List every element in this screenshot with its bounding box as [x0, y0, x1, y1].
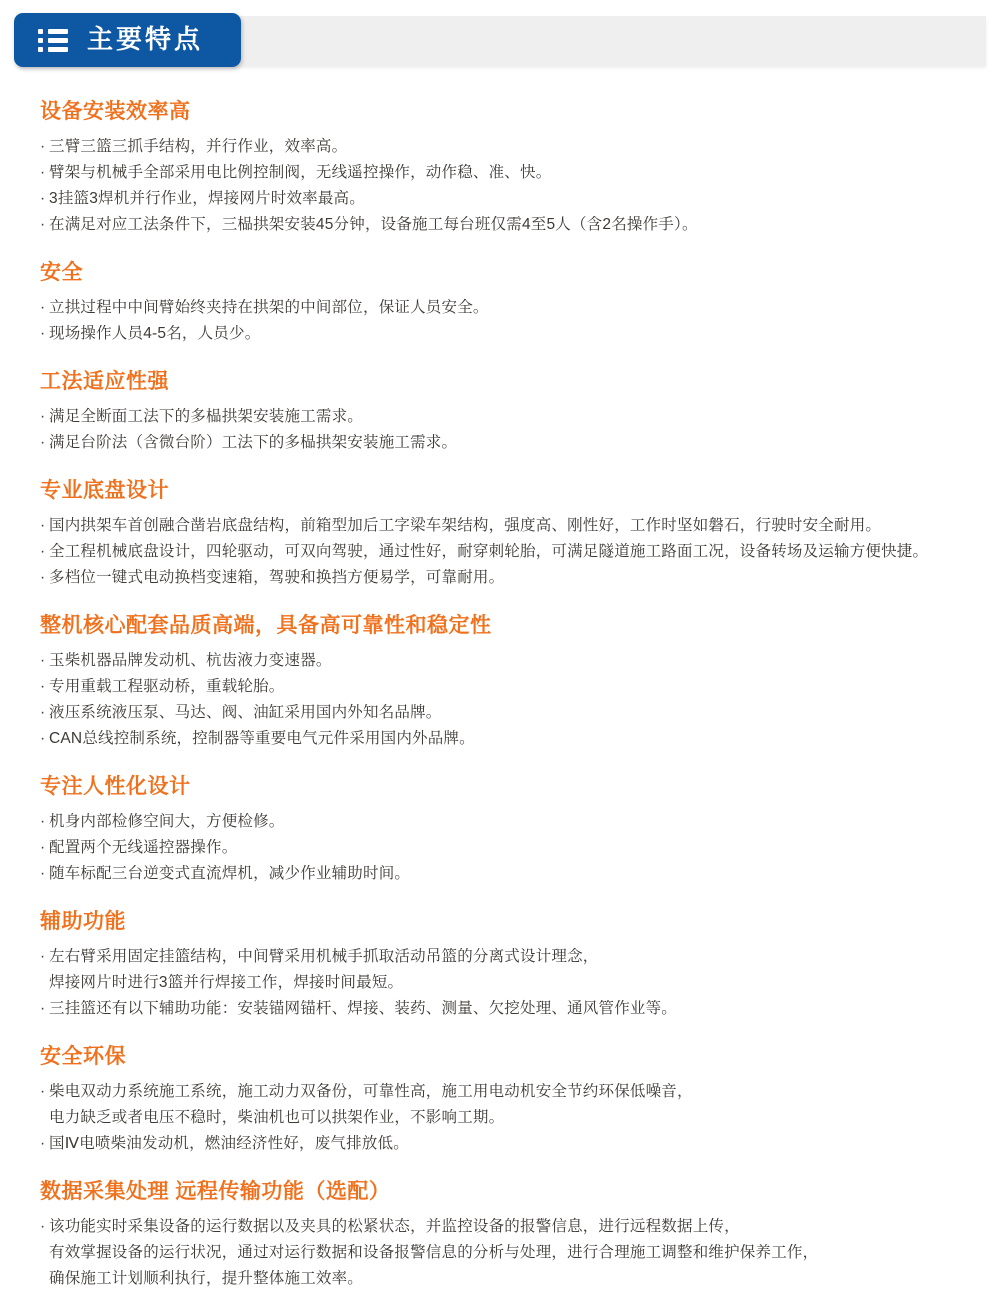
bullet-text: 该功能实时采集设备的运行数据以及夹具的松紧状态，并监控设备的报警信息，进行远程数… [49, 1218, 740, 1235]
feature-bullets: ·立拱过程中中间臂始终夹持在拱架的中间部位，保证人员安全。·现场操作人员4-5名… [40, 295, 960, 347]
bullet-item: ·柴电双动力系统施工系统，施工动力双备份，可靠性高，施工用电动机安全节约环保低噪… [40, 1079, 960, 1131]
feature-heading: 专业底盘设计 [40, 480, 960, 502]
bullet-dot-icon: · [40, 809, 49, 835]
bullet-text: 有效掌握设备的运行状况，通过对运行数据和设备报警信息的分析与处理，进行合理施工调… [49, 1244, 818, 1261]
feature-section: 专业底盘设计·国内拱架车首创融合凿岩底盘结构，前箱型加后工字梁车架结构，强度高、… [40, 480, 960, 591]
bullet-text: 3挂篮3焊机并行作业，焊接网片时效率最高。 [49, 190, 365, 207]
bullet-line: ·三挂篮还有以下辅助功能：安装锚网锚杆、焊接、装药、测量、欠挖处理、通风管作业等… [40, 996, 960, 1022]
bullet-line: ·3挂篮3焊机并行作业，焊接网片时效率最高。 [40, 186, 960, 212]
bullet-dot-icon: · [40, 513, 49, 539]
bullet-dot-icon: · [40, 404, 49, 430]
bullet-line: ·机身内部检修空间大，方便检修。 [40, 809, 960, 835]
list-icon-row [38, 47, 68, 52]
bullet-text: 多档位一键式电动换档变速箱，驾驶和换挡方便易学，可靠耐用。 [49, 569, 504, 586]
bullet-dot-icon: · [40, 539, 49, 565]
bullet-line: ·左右臂采用固定挂篮结构，中间臂采用机械手抓取活动吊篮的分离式设计理念， [40, 944, 960, 970]
bullet-item: ·三臂三篮三抓手结构，并行作业，效率高。 [40, 134, 960, 160]
feature-section: 工法适应性强·满足全断面工法下的多榀拱架安装施工需求。·满足台阶法（含微台阶）工… [40, 371, 960, 456]
bullet-item: ·立拱过程中中间臂始终夹持在拱架的中间部位，保证人员安全。 [40, 295, 960, 321]
bullet-line: ·柴电双动力系统施工系统，施工动力双备份，可靠性高，施工用电动机安全节约环保低噪… [40, 1079, 960, 1105]
section-header-tab: 主要特点 [14, 13, 241, 67]
bullet-dot-icon: · [40, 835, 49, 861]
feature-heading: 安全 [40, 262, 960, 284]
bullet-item: ·该功能实时采集设备的运行数据以及夹具的松紧状态，并监控设备的报警信息，进行远程… [40, 1214, 960, 1292]
bullet-dot-icon: · [40, 212, 49, 238]
bullet-dot-icon: · [40, 160, 49, 186]
feature-heading: 整机核心配套品质高端，具备高可靠性和稳定性 [40, 615, 960, 637]
bullet-text: 左右臂采用固定挂篮结构，中间臂采用机械手抓取活动吊篮的分离式设计理念， [49, 948, 599, 965]
features-list: 设备安装效率高·三臂三篮三抓手结构，并行作业，效率高。·臂架与机械手全部采用电比… [0, 101, 1000, 1292]
bullet-line: ·全工程机械底盘设计，四轮驱动，可双向驾驶，通过性好，耐穿刺轮胎，可满足隧道施工… [40, 539, 960, 565]
bullet-item: ·3挂篮3焊机并行作业，焊接网片时效率最高。 [40, 186, 960, 212]
bullet-dot-icon: · [40, 134, 49, 160]
feature-bullets: ·机身内部检修空间大，方便检修。·配置两个无线遥控器操作。·随车标配三台逆变式直… [40, 809, 960, 887]
bullet-line: ·满足全断面工法下的多榀拱架安装施工需求。 [40, 404, 960, 430]
feature-bullets: ·玉柴机器品牌发动机、杭齿液力变速器。·专用重载工程驱动桥，重载轮胎。·液压系统… [40, 648, 960, 752]
bullet-item: ·液压系统液压泵、马达、阀、油缸采用国内外知名品牌。 [40, 700, 960, 726]
bullet-dot-icon: · [40, 861, 49, 887]
bullet-dot-icon: · [40, 648, 49, 674]
bullet-text: 液压系统液压泵、马达、阀、油缸采用国内外知名品牌。 [49, 704, 442, 721]
bullet-line: ·玉柴机器品牌发动机、杭齿液力变速器。 [40, 648, 960, 674]
bullet-item: ·现场操作人员4-5名，人员少。 [40, 321, 960, 347]
bullet-dot-icon: · [40, 295, 49, 321]
bullet-line: ·在满足对应工法条件下，三榀拱架安装45分钟，设备施工每台班仅需4至5人（含2名… [40, 212, 960, 238]
bullet-dot-icon: · [40, 674, 49, 700]
feature-bullets: ·该功能实时采集设备的运行数据以及夹具的松紧状态，并监控设备的报警信息，进行远程… [40, 1214, 960, 1292]
bullet-text: 全工程机械底盘设计，四轮驱动，可双向驾驶，通过性好，耐穿刺轮胎，可满足隧道施工路… [49, 543, 928, 560]
bullet-line: ·立拱过程中中间臂始终夹持在拱架的中间部位，保证人员安全。 [40, 295, 960, 321]
bullet-line: ·臂架与机械手全部采用电比例控制阀，无线遥控操作，动作稳、准、快。 [40, 160, 960, 186]
feature-heading: 专注人性化设计 [40, 776, 960, 798]
list-icon-row [38, 29, 68, 34]
bullet-item: ·在满足对应工法条件下，三榀拱架安装45分钟，设备施工每台班仅需4至5人（含2名… [40, 212, 960, 238]
bullet-line: 电力缺乏或者电压不稳时，柴油机也可以拱架作业，不影响工期。 [40, 1105, 960, 1131]
bullet-item: ·满足全断面工法下的多榀拱架安装施工需求。 [40, 404, 960, 430]
bullet-item: ·CAN总线控制系统，控制器等重要电气元件采用国内外品牌。 [40, 726, 960, 752]
bullet-line: ·满足台阶法（含微台阶）工法下的多榀拱架安装施工需求。 [40, 430, 960, 456]
bullet-text: 三挂篮还有以下辅助功能：安装锚网锚杆、焊接、装药、测量、欠挖处理、通风管作业等。 [49, 1000, 677, 1017]
bullet-dot-icon: · [40, 944, 49, 970]
bullet-item: ·左右臂采用固定挂篮结构，中间臂采用机械手抓取活动吊篮的分离式设计理念，焊接网片… [40, 944, 960, 996]
bullet-dot-icon: · [40, 1131, 49, 1157]
bullet-text: 满足台阶法（含微台阶）工法下的多榀拱架安装施工需求。 [49, 434, 457, 451]
feature-heading: 设备安装效率高 [40, 101, 960, 123]
bullet-item: ·专用重载工程驱动桥，重载轮胎。 [40, 674, 960, 700]
bullet-text: 配置两个无线遥控器操作。 [49, 839, 237, 856]
bullet-text: 玉柴机器品牌发动机、杭齿液力变速器。 [49, 652, 332, 669]
bullet-line: ·配置两个无线遥控器操作。 [40, 835, 960, 861]
feature-section: 安全·立拱过程中中间臂始终夹持在拱架的中间部位，保证人员安全。·现场操作人员4-… [40, 262, 960, 347]
bullet-line: ·现场操作人员4-5名，人员少。 [40, 321, 960, 347]
bullet-item: ·臂架与机械手全部采用电比例控制阀，无线遥控操作，动作稳、准、快。 [40, 160, 960, 186]
feature-bullets: ·满足全断面工法下的多榀拱架安装施工需求。·满足台阶法（含微台阶）工法下的多榀拱… [40, 404, 960, 456]
feature-section: 设备安装效率高·三臂三篮三抓手结构，并行作业，效率高。·臂架与机械手全部采用电比… [40, 101, 960, 238]
feature-heading: 安全环保 [40, 1046, 960, 1068]
feature-section: 专注人性化设计·机身内部检修空间大，方便检修。·配置两个无线遥控器操作。·随车标… [40, 776, 960, 887]
bullet-line: ·国Ⅳ电喷柴油发动机，燃油经济性好，废气排放低。 [40, 1131, 960, 1157]
bullet-item: ·配置两个无线遥控器操作。 [40, 835, 960, 861]
bullet-text: 确保施工计划顺利执行，提升整体施工效率。 [49, 1270, 363, 1287]
bullet-dot-icon: · [40, 996, 49, 1022]
bullet-line: 焊接网片时进行3篮并行焊接工作，焊接时间最短。 [40, 970, 960, 996]
bullet-text: 臂架与机械手全部采用电比例控制阀，无线遥控操作，动作稳、准、快。 [49, 164, 551, 181]
bullet-text: 满足全断面工法下的多榀拱架安装施工需求。 [49, 408, 363, 425]
bullet-text: 焊接网片时进行3篮并行焊接工作，焊接时间最短。 [49, 974, 403, 991]
bullet-item: ·多档位一键式电动换档变速箱，驾驶和换挡方便易学，可靠耐用。 [40, 565, 960, 591]
bullet-dot-icon: · [40, 700, 49, 726]
bullet-item: ·玉柴机器品牌发动机、杭齿液力变速器。 [40, 648, 960, 674]
bullet-item: ·随车标配三台逆变式直流焊机，减少作业辅助时间。 [40, 861, 960, 887]
feature-heading: 数据采集处理 远程传输功能（选配） [40, 1181, 960, 1203]
bullet-dot-icon: · [40, 565, 49, 591]
bullet-text: 机身内部检修空间大，方便检修。 [49, 813, 285, 830]
bullet-text: 随车标配三台逆变式直流焊机，减少作业辅助时间。 [49, 865, 410, 882]
page-title: 主要特点 [87, 26, 203, 54]
bullet-text: 国Ⅳ电喷柴油发动机，燃油经济性好，废气排放低。 [49, 1135, 409, 1152]
bullet-dot-icon: · [40, 1214, 49, 1240]
bullet-line: ·CAN总线控制系统，控制器等重要电气元件采用国内外品牌。 [40, 726, 960, 752]
bullet-dot-icon: · [40, 1079, 49, 1105]
bullet-item: ·机身内部检修空间大，方便检修。 [40, 809, 960, 835]
bullet-line: ·随车标配三台逆变式直流焊机，减少作业辅助时间。 [40, 861, 960, 887]
bullet-text: 国内拱架车首创融合凿岩底盘结构，前箱型加后工字梁车架结构，强度高、刚性好，工作时… [49, 517, 881, 534]
feature-heading: 工法适应性强 [40, 371, 960, 393]
feature-bullets: ·左右臂采用固定挂篮结构，中间臂采用机械手抓取活动吊篮的分离式设计理念，焊接网片… [40, 944, 960, 1022]
feature-section: 安全环保·柴电双动力系统施工系统，施工动力双备份，可靠性高，施工用电动机安全节约… [40, 1046, 960, 1157]
list-icon [38, 29, 68, 52]
feature-bullets: ·国内拱架车首创融合凿岩底盘结构，前箱型加后工字梁车架结构，强度高、刚性好，工作… [40, 513, 960, 591]
feature-bullets: ·三臂三篮三抓手结构，并行作业，效率高。·臂架与机械手全部采用电比例控制阀，无线… [40, 134, 960, 238]
bullet-text: CAN总线控制系统，控制器等重要电气元件采用国内外品牌。 [49, 730, 475, 747]
feature-heading: 辅助功能 [40, 911, 960, 933]
feature-bullets: ·柴电双动力系统施工系统，施工动力双备份，可靠性高，施工用电动机安全节约环保低噪… [40, 1079, 960, 1157]
bullet-text: 专用重载工程驱动桥，重载轮胎。 [49, 678, 285, 695]
bullet-dot-icon: · [40, 726, 49, 752]
bullet-text: 电力缺乏或者电压不稳时，柴油机也可以拱架作业，不影响工期。 [49, 1109, 504, 1126]
bullet-dot-icon: · [40, 430, 49, 456]
list-icon-row [38, 38, 68, 43]
bullet-dot-icon: · [40, 321, 49, 347]
bullet-text: 立拱过程中中间臂始终夹持在拱架的中间部位，保证人员安全。 [49, 299, 489, 316]
feature-section: 辅助功能·左右臂采用固定挂篮结构，中间臂采用机械手抓取活动吊篮的分离式设计理念，… [40, 911, 960, 1022]
bullet-line: ·多档位一键式电动换档变速箱，驾驶和换挡方便易学，可靠耐用。 [40, 565, 960, 591]
bullet-line: 有效掌握设备的运行状况，通过对运行数据和设备报警信息的分析与处理，进行合理施工调… [40, 1240, 960, 1266]
bullet-item: ·满足台阶法（含微台阶）工法下的多榀拱架安装施工需求。 [40, 430, 960, 456]
bullet-text: 三臂三篮三抓手结构，并行作业，效率高。 [49, 138, 347, 155]
bullet-line: ·国内拱架车首创融合凿岩底盘结构，前箱型加后工字梁车架结构，强度高、刚性好，工作… [40, 513, 960, 539]
feature-section: 整机核心配套品质高端，具备高可靠性和稳定性·玉柴机器品牌发动机、杭齿液力变速器。… [40, 615, 960, 752]
bullet-line: ·液压系统液压泵、马达、阀、油缸采用国内外知名品牌。 [40, 700, 960, 726]
bullet-item: ·国内拱架车首创融合凿岩底盘结构，前箱型加后工字梁车架结构，强度高、刚性好，工作… [40, 513, 960, 539]
bullet-text: 在满足对应工法条件下，三榀拱架安装45分钟，设备施工每台班仅需4至5人（含2名操… [49, 216, 698, 233]
bullet-item: ·国Ⅳ电喷柴油发动机，燃油经济性好，废气排放低。 [40, 1131, 960, 1157]
page-header: 主要特点 [0, 0, 1000, 67]
bullet-text: 柴电双动力系统施工系统，施工动力双备份，可靠性高，施工用电动机安全节约环保低噪音… [49, 1083, 693, 1100]
feature-section: 数据采集处理 远程传输功能（选配）·该功能实时采集设备的运行数据以及夹具的松紧状… [40, 1181, 960, 1292]
bullet-item: ·三挂篮还有以下辅助功能：安装锚网锚杆、焊接、装药、测量、欠挖处理、通风管作业等… [40, 996, 960, 1022]
bullet-line: ·该功能实时采集设备的运行数据以及夹具的松紧状态，并监控设备的报警信息，进行远程… [40, 1214, 960, 1240]
bullet-dot-icon: · [40, 186, 49, 212]
bullet-line: ·三臂三篮三抓手结构，并行作业，效率高。 [40, 134, 960, 160]
bullet-line: ·专用重载工程驱动桥，重载轮胎。 [40, 674, 960, 700]
bullet-line: 确保施工计划顺利执行，提升整体施工效率。 [40, 1266, 960, 1292]
bullet-item: ·全工程机械底盘设计，四轮驱动，可双向驾驶，通过性好，耐穿刺轮胎，可满足隧道施工… [40, 539, 960, 565]
bullet-text: 现场操作人员4-5名，人员少。 [49, 325, 260, 342]
